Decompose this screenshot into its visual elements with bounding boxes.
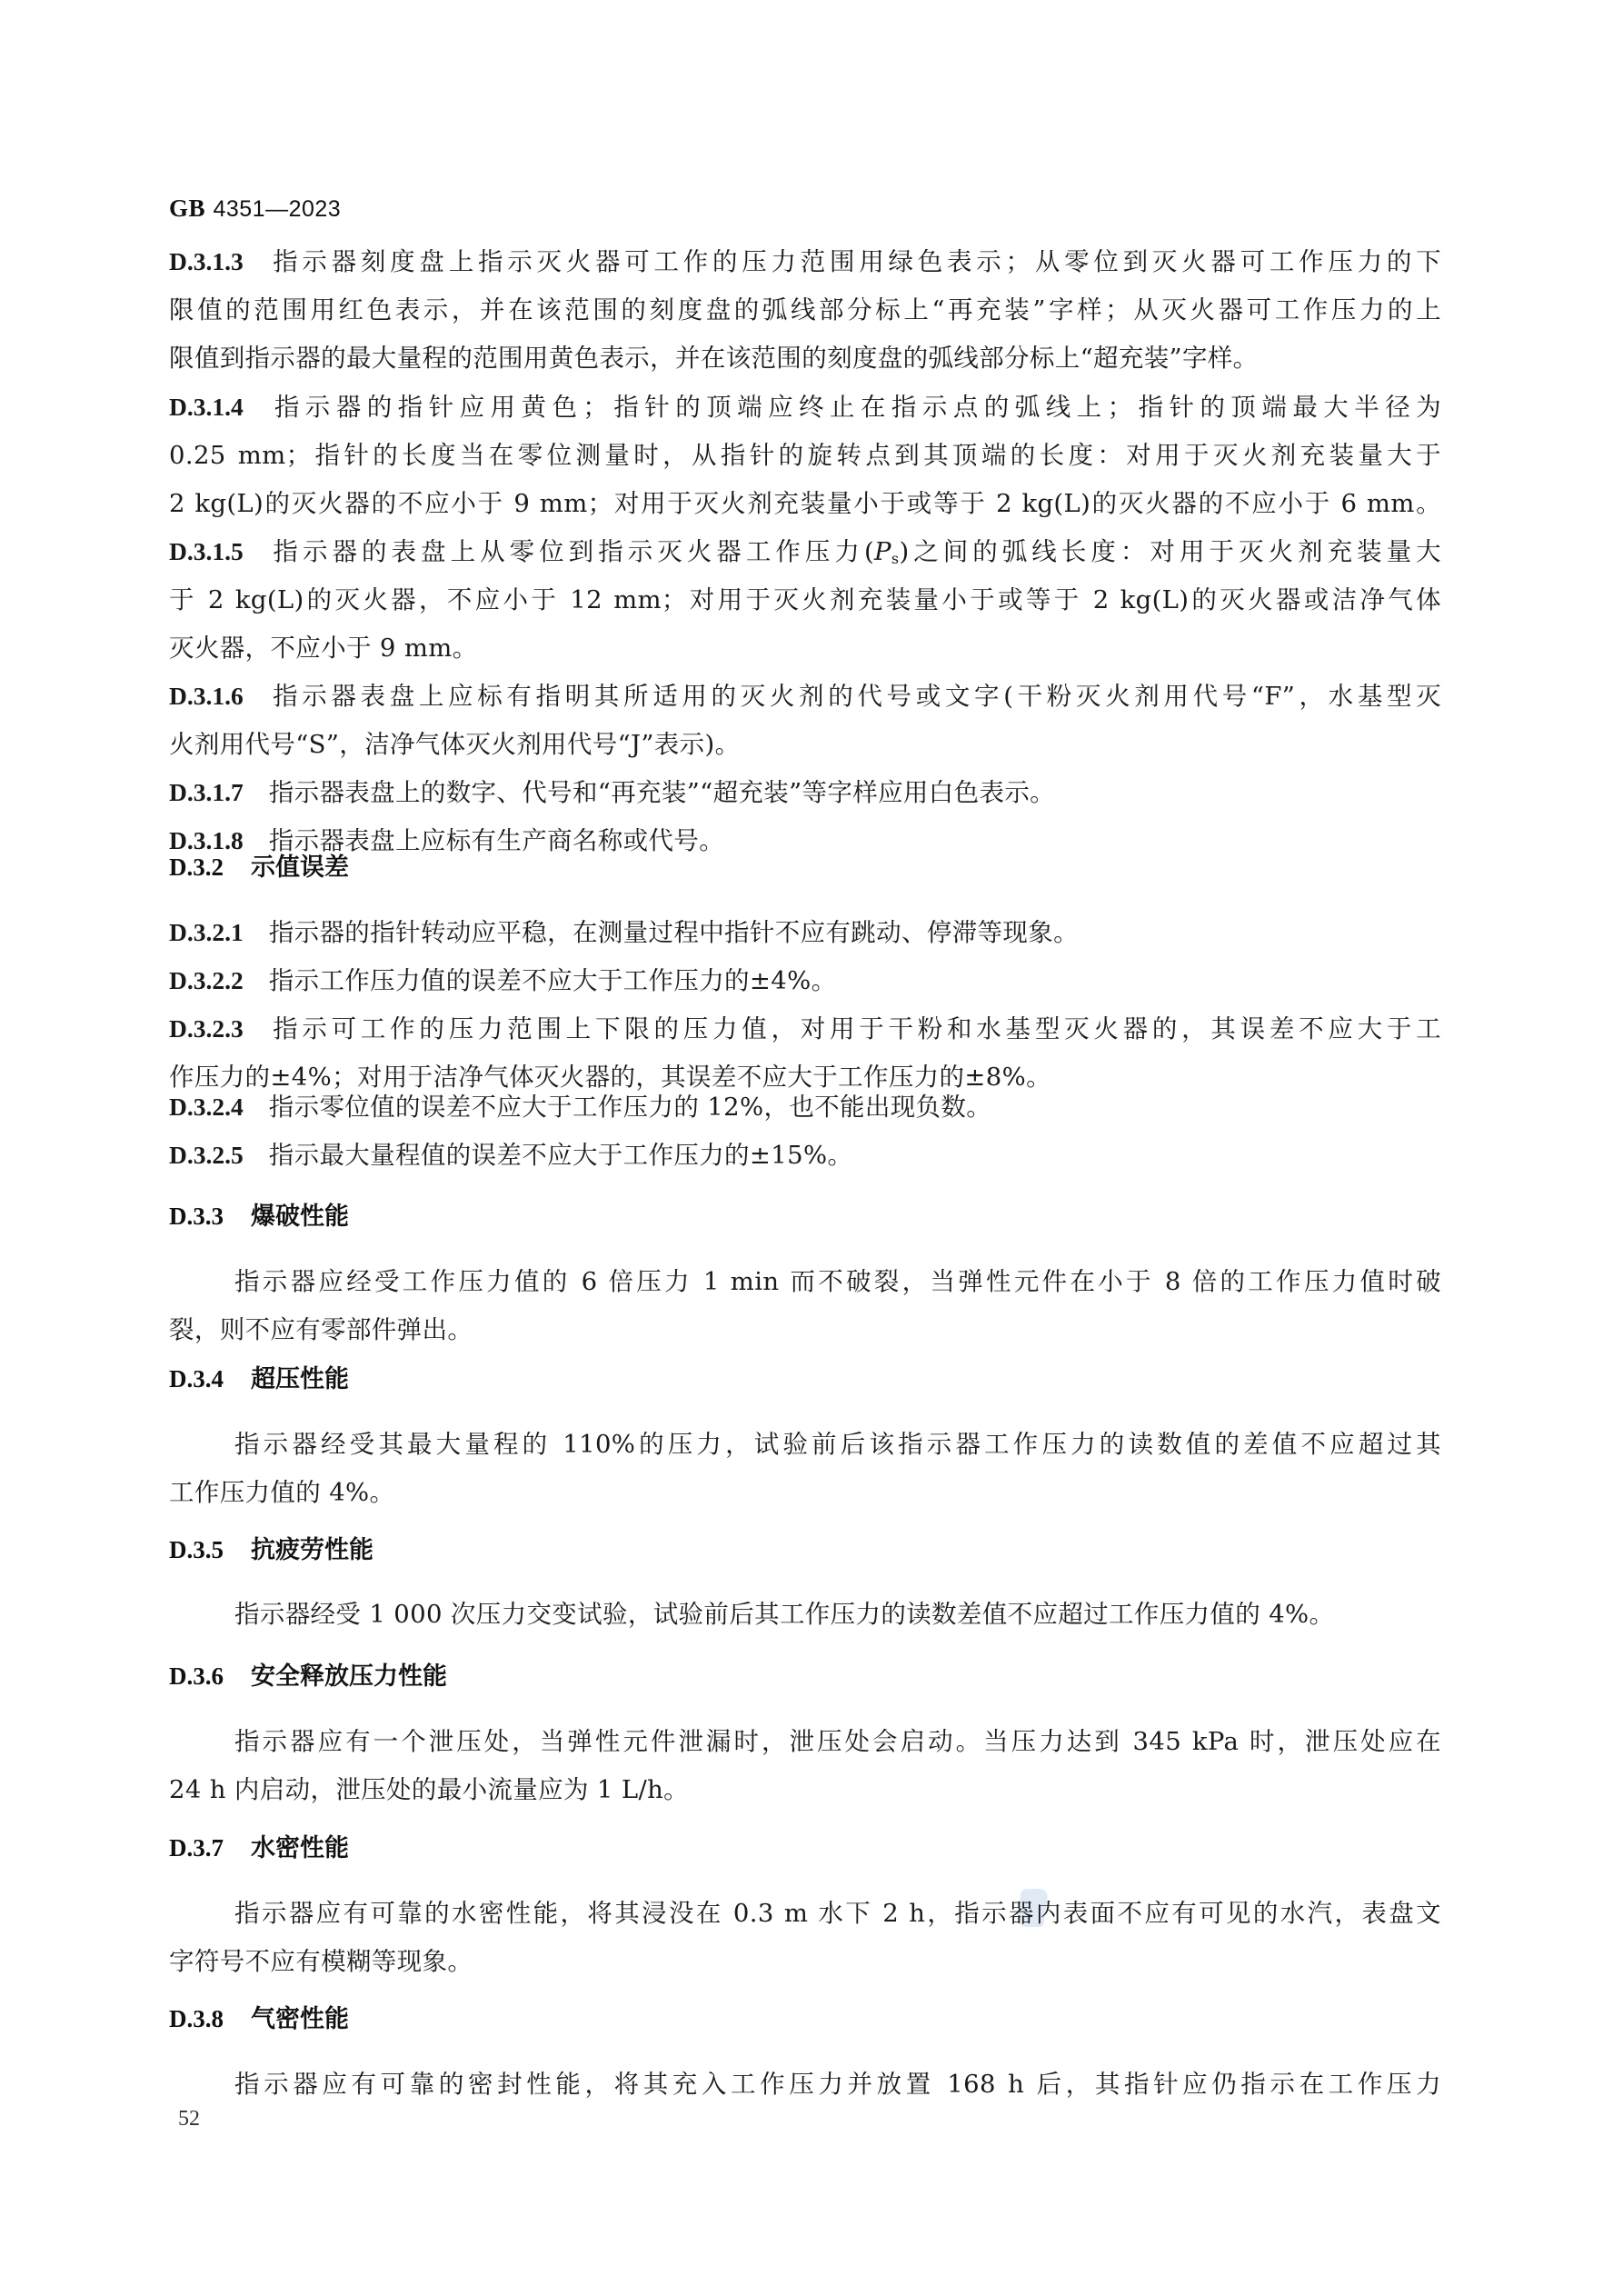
section-title: 安全释放压力性能 <box>251 1662 447 1691</box>
clause-text: 指示器的指针转动应平稳，在测量过程中指针不应有跳动、停滞等现象。 <box>269 918 1079 947</box>
clause-d321-line-1: D.3.2.1指示器的指针转动应平稳，在测量过程中指针不应有跳动、停滞等现象。 <box>169 914 1441 951</box>
clause-text: )之间的弧线长度：对用于灭火剂充装量大 <box>899 537 1441 566</box>
paragraph-text: 指示器应有可靠的水密性能，将其浸没在 0.3 m 水下 2 h，指示器内表面不应… <box>234 1899 1441 1928</box>
clause-d313-line-1: D.3.1.3指示器刻度盘上指示灭火器可工作的压力范围用绿色表示；从零位到灭火器… <box>169 244 1441 280</box>
clause-d315-line-1: D.3.1.5指示器的表盘上从零位到指示灭火器工作压力(Ps)之间的弧线长度：对… <box>169 534 1441 577</box>
clause-text: 0.25 mm；指针的长度当在零位测量时，从指针的旋转点到其顶端的长度：对用于灭… <box>169 441 1441 470</box>
section-title: 示值误差 <box>251 854 349 882</box>
section-heading-d34: D.3.4超压性能 <box>169 1361 349 1398</box>
section-title: 爆破性能 <box>251 1203 349 1231</box>
clause-number: D.3.2.3 <box>169 1014 244 1043</box>
paragraph-d33-line-2: 裂，则不应有零部件弹出。 <box>169 1312 1441 1348</box>
clause-number: D.3.1.7 <box>169 778 244 806</box>
clause-d315-line-3: 灭火器，不应小于 9 mm。 <box>169 630 1441 666</box>
clause-d315-line-2: 于 2 kg(L)的灭火器，不应小于 12 mm；对用于灭火剂充装量小于或等于 … <box>169 582 1441 618</box>
paragraph-text: 指示器经受 1 000 次压力交变试验，试验前后其工作压力的读数差值不应超过工作… <box>234 1600 1334 1629</box>
clause-number: D.3.1.6 <box>169 682 244 710</box>
document-page: GB 4351—2023 D.3.1.3指示器刻度盘上指示灭火器可工作的压力范围… <box>0 0 1623 2296</box>
clause-d325-line-1: D.3.2.5指示最大量程值的误差不应大于工作压力的±15%。 <box>169 1137 1441 1173</box>
section-heading-d36: D.3.6安全释放压力性能 <box>169 1658 447 1695</box>
standard-prefix: GB <box>169 195 205 222</box>
clause-d313-line-2: 限值的范围用红色表示，并在该范围的刻度盘的弧线部分标上“再充装”字样；从灭火器可… <box>169 292 1441 328</box>
section-heading-d33: D.3.3爆破性能 <box>169 1198 349 1235</box>
clause-text: 指示器刻度盘上指示灭火器可工作的压力范围用绿色表示；从零位到灭火器可工作压力的下 <box>269 247 1441 276</box>
paragraph-d36-line-2: 24 h 内启动，泄压处的最小流量应为 1 L/h。 <box>169 1772 1441 1808</box>
clause-text: 灭火器，不应小于 9 mm。 <box>169 634 478 663</box>
pressure-symbol: P <box>874 537 891 566</box>
paragraph-d38-line-1: 指示器应有可靠的密封性能，将其充入工作压力并放置 168 h 后，其指针应仍指示… <box>169 2066 1441 2102</box>
paragraph-text: 字符号不应有模糊等现象。 <box>169 1947 473 1976</box>
clause-text: 指示可工作的压力范围上下限的压力值，对用于干粉和水基型灭火器的，其误差不应大于工 <box>269 1014 1441 1043</box>
page-number: 52 <box>178 2107 200 2131</box>
clause-text: 2 kg(L)的灭火器的不应小于 9 mm；对用于灭火剂充装量小于或等于 2 k… <box>169 489 1441 518</box>
clause-text: 限值到指示器的最大量程的范围用黄色表示，并在该范围的刻度盘的弧线部分标上“超充装… <box>169 344 1259 373</box>
section-heading-d38: D.3.8气密性能 <box>169 2001 349 2038</box>
clause-text: 火剂用代号“S”，洁净气体灭火剂用代号“J”表示)。 <box>169 730 740 759</box>
section-number: D.3.8 <box>169 2005 224 2032</box>
paragraph-text: 指示器经受其最大量程的 110%的压力，试验前后该指示器工作压力的读数值的差值不… <box>234 1430 1441 1459</box>
paragraph-d33-line-1: 指示器应经受工作压力值的 6 倍压力 1 min 而不破裂，当弹性元件在小于 8… <box>169 1263 1441 1300</box>
clause-d317-line-1: D.3.1.7指示器表盘上的数字、代号和“再充装”“超充装”等字样应用白色表示。 <box>169 774 1441 811</box>
standard-code-header: GB 4351—2023 <box>169 195 341 223</box>
paragraph-d35-line-1: 指示器经受 1 000 次压力交变试验，试验前后其工作压力的读数差值不应超过工作… <box>169 1596 1441 1632</box>
clause-number: D.3.2.1 <box>169 918 244 946</box>
paragraph-text: 指示器应有一个泄压处，当弹性元件泄漏时，泄压处会启动。当压力达到 345 kPa… <box>234 1727 1441 1756</box>
paragraph-d34-line-1: 指示器经受其最大量程的 110%的压力，试验前后该指示器工作压力的读数值的差值不… <box>169 1426 1441 1462</box>
clause-d314-line-3: 2 kg(L)的灭火器的不应小于 9 mm；对用于灭火剂充装量小于或等于 2 k… <box>169 485 1441 522</box>
section-heading-d37: D.3.7水密性能 <box>169 1830 349 1867</box>
section-title: 水密性能 <box>251 1834 349 1862</box>
paragraph-text: 指示器应有可靠的密封性能，将其充入工作压力并放置 168 h 后，其指针应仍指示… <box>234 2070 1441 2099</box>
clause-text: 指示器表盘上应标有指明其所适用的灭火剂的代号或文字(干粉灭火剂用代号“F”，水基… <box>269 682 1441 711</box>
clause-d324-line-1: D.3.2.4指示零位值的误差不应大于工作压力的 12%，也不能出现负数。 <box>169 1089 1441 1125</box>
section-number: D.3.2 <box>169 854 224 881</box>
clause-text: 于 2 kg(L)的灭火器，不应小于 12 mm；对用于灭火剂充装量小于或等于 … <box>169 585 1441 614</box>
paragraph-text: 指示器应经受工作压力值的 6 倍压力 1 min 而不破裂，当弹性元件在小于 8… <box>234 1267 1441 1296</box>
clause-number: D.3.1.4 <box>169 393 244 421</box>
clause-text: 作压力的±4%；对用于洁净气体灭火器的，其误差不应大于工作压力的±8%。 <box>169 1063 1051 1092</box>
paragraph-d34-line-2: 工作压力值的 4%。 <box>169 1474 1441 1511</box>
clause-text: 指示器表盘上的数字、代号和“再充装”“超充装”等字样应用白色表示。 <box>269 778 1055 807</box>
clause-d322-line-1: D.3.2.2指示工作压力值的误差不应大于工作压力的±4%。 <box>169 963 1441 999</box>
clause-text: 指示最大量程值的误差不应大于工作压力的±15%。 <box>269 1141 853 1170</box>
clause-d316-line-2: 火剂用代号“S”，洁净气体灭火剂用代号“J”表示)。 <box>169 726 1441 763</box>
paragraph-text: 工作压力值的 4%。 <box>169 1478 394 1507</box>
clause-number: D.3.2.4 <box>169 1093 244 1121</box>
section-number: D.3.4 <box>169 1365 224 1393</box>
clause-number: D.3.2.5 <box>169 1141 244 1169</box>
section-number: D.3.3 <box>169 1203 224 1230</box>
clause-text: 指示零位值的误差不应大于工作压力的 12%，也不能出现负数。 <box>269 1093 991 1122</box>
section-number: D.3.7 <box>169 1834 224 1862</box>
clause-d323-line-1: D.3.2.3指示可工作的压力范围上下限的压力值，对用于干粉和水基型灭火器的，其… <box>169 1011 1441 1047</box>
clause-d318-line-1: D.3.1.8指示器表盘上应标有生产商名称或代号。 <box>169 823 1441 859</box>
clause-d316-line-1: D.3.1.6指示器表盘上应标有指明其所适用的灭火剂的代号或文字(干粉灭火剂用代… <box>169 678 1441 714</box>
section-number: D.3.5 <box>169 1536 224 1563</box>
paragraph-text: 24 h 内启动，泄压处的最小流量应为 1 L/h。 <box>169 1775 689 1804</box>
paragraph-d37-line-1: 指示器应有可靠的水密性能，将其浸没在 0.3 m 水下 2 h，指示器内表面不应… <box>169 1895 1441 1932</box>
section-heading-d35: D.3.5抗疲劳性能 <box>169 1532 373 1569</box>
clause-number: D.3.2.2 <box>169 966 244 994</box>
section-title: 超压性能 <box>251 1365 349 1393</box>
clause-d314-line-1: D.3.1.4指示器的指针应用黄色；指针的顶端应终止在指示点的弧线上；指针的顶端… <box>169 389 1441 425</box>
clause-number: D.3.1.3 <box>169 247 244 275</box>
clause-d314-line-2: 0.25 mm；指针的长度当在零位测量时，从指针的旋转点到其顶端的长度：对用于灭… <box>169 437 1441 474</box>
section-number: D.3.6 <box>169 1662 224 1690</box>
paragraph-d37-line-2: 字符号不应有模糊等现象。 <box>169 1943 1441 1980</box>
section-heading-d32: D.3.2示值误差 <box>169 849 349 886</box>
clause-d313-line-3: 限值到指示器的最大量程的范围用黄色表示，并在该范围的刻度盘的弧线部分标上“超充装… <box>169 340 1441 376</box>
section-title: 气密性能 <box>251 2005 349 2033</box>
clause-text: 限值的范围用红色表示，并在该范围的刻度盘的弧线部分标上“再充装”字样；从灭火器可… <box>169 295 1441 324</box>
section-title: 抗疲劳性能 <box>251 1536 373 1564</box>
paragraph-text: 裂，则不应有零部件弹出。 <box>169 1315 473 1344</box>
clause-number: D.3.1.5 <box>169 537 244 565</box>
standard-number: 4351—2023 <box>213 196 341 222</box>
clause-text: 指示器的指针应用黄色；指针的顶端应终止在指示点的弧线上；指针的顶端最大半径为 <box>269 393 1441 422</box>
clause-text: 指示器的表盘上从零位到指示灭火器工作压力( <box>269 537 874 566</box>
clause-text: 指示工作压力值的误差不应大于工作压力的±4%。 <box>269 966 837 995</box>
paragraph-d36-line-1: 指示器应有一个泄压处，当弹性元件泄漏时，泄压处会启动。当压力达到 345 kPa… <box>169 1723 1441 1760</box>
